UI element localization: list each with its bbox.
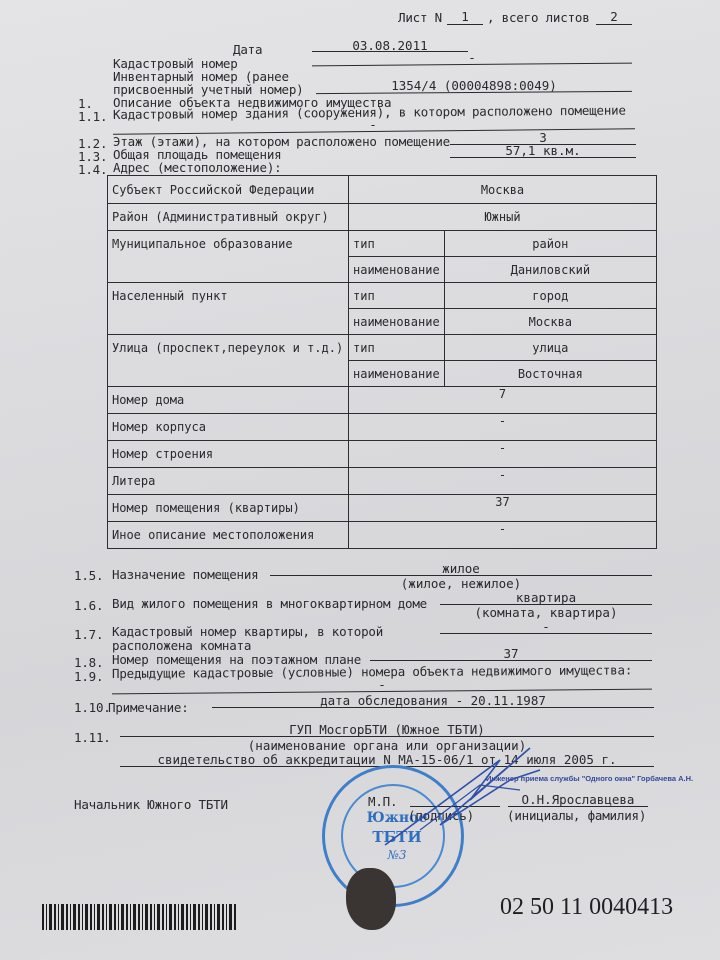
s18-line bbox=[370, 660, 652, 661]
s13-line bbox=[450, 157, 636, 158]
table-row: Номер дома 7 bbox=[108, 387, 657, 414]
subject-value: Москва bbox=[349, 176, 657, 204]
s15-label: Назначение помещения bbox=[112, 567, 259, 582]
s13-value: 57,1 кв.м. bbox=[450, 143, 636, 158]
table-row: Муниципальное образование тип район bbox=[108, 231, 657, 257]
settlement-name-label: наименование bbox=[349, 309, 445, 335]
s17-value: - bbox=[440, 619, 652, 634]
s18-num: 1.8. bbox=[74, 655, 103, 670]
total-sheets-line bbox=[596, 24, 632, 25]
building-label: Номер строения bbox=[108, 441, 349, 468]
settlement-name-value: Москва bbox=[444, 309, 656, 335]
s15-hint: (жилое, нежилое) bbox=[270, 576, 652, 591]
street-label: Улица (проспект,переулок и т.д.) bbox=[108, 335, 349, 387]
s110-label: Примечание: bbox=[108, 700, 189, 715]
corpus-value: - bbox=[349, 414, 657, 441]
date-label: Дата bbox=[233, 42, 262, 57]
s111-line bbox=[120, 736, 654, 737]
s110-line bbox=[212, 707, 654, 708]
table-row: Литера - bbox=[108, 468, 657, 495]
s16-hint: (комната, квартира) bbox=[440, 605, 652, 620]
apartment-label: Номер помещения (квартиры) bbox=[108, 495, 349, 522]
s15-num: 1.5. bbox=[74, 568, 103, 583]
s16-label: Вид жилого помещения в многоквартирном д… bbox=[112, 596, 427, 611]
signature-position: Начальник Южного ТБТИ bbox=[74, 797, 228, 812]
s14-label: Адрес (местоположение): bbox=[113, 160, 282, 175]
apartment-value: 37 bbox=[349, 495, 657, 522]
district-label: Район (Административный округ) bbox=[108, 204, 349, 231]
s18-value: 37 bbox=[370, 646, 652, 661]
house-value: 7 bbox=[349, 387, 657, 414]
sheet-number-line bbox=[447, 24, 483, 25]
other-value: - bbox=[349, 522, 657, 549]
subject-label: Субъект Российской Федерации bbox=[108, 176, 349, 204]
house-label: Номер дома bbox=[108, 387, 349, 414]
total-label: , всего листов bbox=[487, 10, 590, 25]
sheet-label: Лист N bbox=[398, 10, 442, 25]
settlement-type-value: город bbox=[444, 283, 656, 309]
s110-value: дата обследования - 20.11.1987 bbox=[212, 693, 654, 708]
corpus-label: Номер корпуса bbox=[108, 414, 349, 441]
s17-label-2: расположена комната bbox=[112, 638, 251, 653]
street-type-value: улица bbox=[444, 335, 656, 361]
s110-num: 1.10. bbox=[74, 700, 111, 715]
document-number: 02 50 11 0040413 bbox=[500, 894, 673, 921]
settlement-type-label: тип bbox=[349, 283, 445, 309]
s14-num: 1.4. bbox=[78, 162, 107, 177]
table-row: Субъект Российской Федерации Москва bbox=[108, 176, 657, 204]
table-row: Иное описание местоположения - bbox=[108, 522, 657, 549]
district-value: Южный bbox=[349, 204, 657, 231]
other-label: Иное описание местоположения bbox=[108, 522, 349, 549]
wax-seal-icon bbox=[346, 868, 396, 930]
table-row: Улица (проспект,переулок и т.д.) тип ули… bbox=[108, 335, 657, 361]
document-page: Лист N 1 , всего листов 2 Дата 03.08.201… bbox=[0, 0, 720, 960]
s111-num: 1.11. bbox=[74, 730, 111, 745]
table-row: Населенный пункт тип город bbox=[108, 283, 657, 309]
s17-num: 1.7. bbox=[74, 627, 103, 642]
litera-label: Литера bbox=[108, 468, 349, 495]
table-row: Район (Административный округ) Южный bbox=[108, 204, 657, 231]
s19-num: 1.9. bbox=[74, 669, 103, 684]
s11-num: 1.1. bbox=[78, 109, 107, 124]
s16-num: 1.6. bbox=[74, 598, 103, 613]
street-type-label: тип bbox=[349, 335, 445, 361]
building-value: - bbox=[349, 441, 657, 468]
street-name-value: Восточная bbox=[444, 361, 656, 387]
municipal-name-label: наименование bbox=[349, 257, 445, 283]
table-row: Номер помещения (квартиры) 37 bbox=[108, 495, 657, 522]
municipal-name-value: Даниловский bbox=[444, 257, 656, 283]
settlement-label: Населенный пункт bbox=[108, 283, 349, 335]
stamp-line3: №3 bbox=[357, 848, 437, 862]
municipal-type-value: район bbox=[444, 231, 656, 257]
sheet-number: 1 bbox=[447, 9, 483, 24]
litera-value: - bbox=[349, 468, 657, 495]
table-row: Номер корпуса - bbox=[108, 414, 657, 441]
street-name-label: наименование bbox=[349, 361, 445, 387]
s17-line bbox=[440, 633, 652, 634]
s16-value: квартира bbox=[440, 590, 652, 605]
total-sheets: 2 bbox=[596, 9, 632, 24]
s17-label-1: Кадастровый номер квартиры, в которой bbox=[112, 624, 383, 639]
municipal-type-label: тип bbox=[349, 231, 445, 257]
municipal-label: Муниципальное образование bbox=[108, 231, 349, 283]
signature-icon bbox=[380, 740, 550, 850]
address-table: Субъект Российской Федерации Москва Райо… bbox=[107, 175, 657, 549]
s15-value: жилое bbox=[270, 561, 652, 576]
table-row: Номер строения - bbox=[108, 441, 657, 468]
s111-value: ГУП МосгорБТИ (Южное ТБТИ) bbox=[120, 722, 654, 737]
barcode-icon bbox=[42, 904, 236, 930]
